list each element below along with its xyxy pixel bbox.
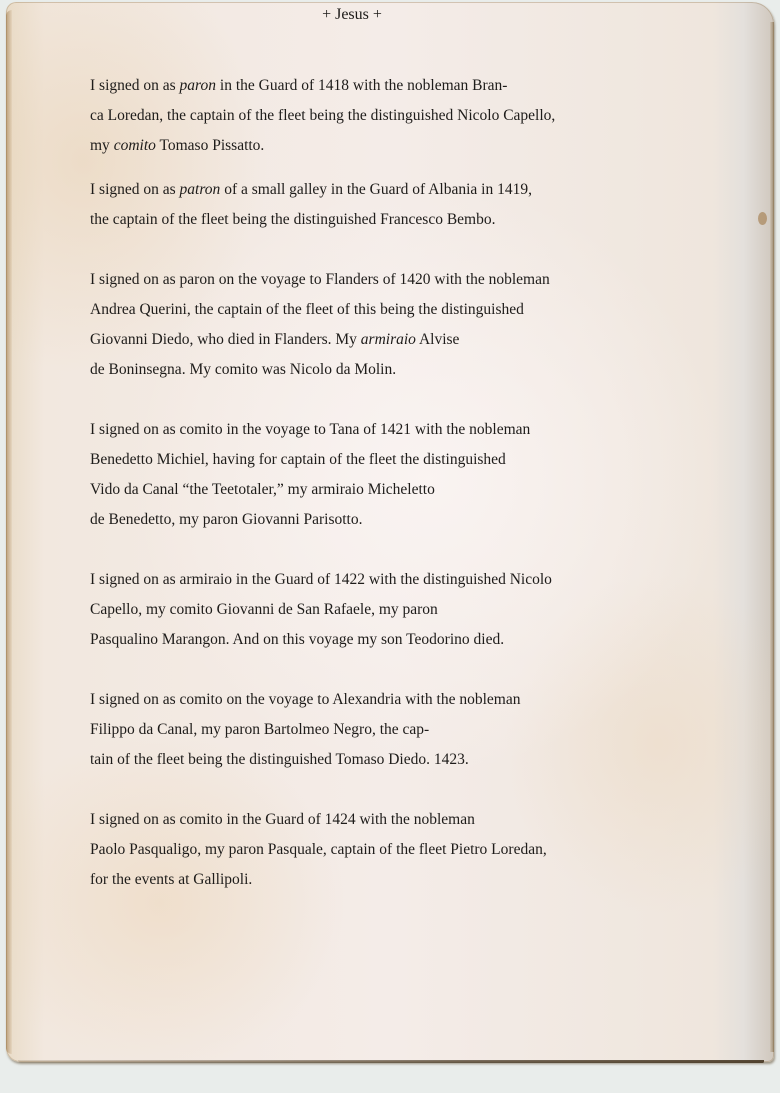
paragraph-gap	[90, 535, 650, 565]
page-body: I signed on as paron in the Guard of 141…	[90, 71, 650, 895]
page-heading: + Jesus +	[6, 6, 698, 24]
text-run: tain of the fleet being the distinguishe…	[90, 751, 469, 768]
text-run: for the events at Gallipoli.	[90, 871, 252, 888]
italic-term: armiraio	[361, 331, 416, 348]
text-run: I signed on as paron on the voyage to Fl…	[90, 271, 550, 288]
text-line: Paolo Pasqualigo, my paron Pasquale, cap…	[90, 835, 650, 865]
voyage-entry: I signed on as comito on the voyage to A…	[90, 685, 650, 775]
text-run: de Benedetto, my paron Giovanni Parisott…	[90, 511, 363, 528]
page-bottom-edge	[18, 1060, 764, 1063]
text-run: Capello, my comito Giovanni de San Rafae…	[90, 601, 438, 618]
text-run: I signed on as armiraio in the Guard of …	[90, 571, 552, 588]
text-line: Benedetto Michiel, having for captain of…	[90, 445, 650, 475]
paragraph-gap	[90, 655, 650, 685]
text-line: Vido da Canal “the Teetotaler,” my armir…	[90, 475, 650, 505]
text-run: the captain of the fleet being the disti…	[90, 211, 495, 228]
text-run: I signed on as comito on the voyage to A…	[90, 691, 520, 708]
text-line: I signed on as comito in the Guard of 14…	[90, 805, 650, 835]
text-line: tain of the fleet being the distinguishe…	[90, 745, 650, 775]
text-run: in the Guard of 1418 with the nobleman B…	[216, 77, 507, 94]
text-line: Capello, my comito Giovanni de San Rafae…	[90, 595, 650, 625]
voyage-entry: I signed on as comito in the Guard of 14…	[90, 805, 650, 895]
text-run: I signed on as	[90, 77, 180, 94]
text-line: Pasqualino Marangon. And on this voyage …	[90, 625, 650, 655]
voyage-entry: I signed on as patron of a small galley …	[90, 175, 650, 235]
paragraph-gap	[90, 775, 650, 805]
text-line: de Benedetto, my paron Giovanni Parisott…	[90, 505, 650, 535]
text-run: I signed on as	[90, 181, 180, 198]
text-run: Giovanni Diedo, who died in Flanders. My	[90, 331, 361, 348]
text-run: Paolo Pasqualigo, my paron Pasquale, cap…	[90, 841, 547, 858]
text-line: the captain of the fleet being the disti…	[90, 205, 650, 235]
italic-term: paron	[180, 77, 216, 94]
text-line: I signed on as paron in the Guard of 141…	[90, 71, 650, 101]
text-line: I signed on as paron on the voyage to Fl…	[90, 265, 650, 295]
text-line: I signed on as armiraio in the Guard of …	[90, 565, 650, 595]
paragraph-gap	[90, 235, 650, 265]
text-line: Filippo da Canal, my paron Bartolmeo Neg…	[90, 715, 650, 745]
ink-stain	[758, 212, 767, 225]
voyage-entry: I signed on as comito in the voyage to T…	[90, 415, 650, 535]
text-run: Vido da Canal “the Teetotaler,” my armir…	[90, 481, 435, 498]
text-line: I signed on as patron of a small galley …	[90, 175, 650, 205]
italic-term: comito	[114, 137, 156, 154]
manuscript-page: + Jesus + I signed on as paron in the Gu…	[6, 2, 774, 1062]
text-line: Giovanni Diedo, who died in Flanders. My…	[90, 325, 650, 355]
text-line: my comito Tomaso Pissatto.	[90, 131, 650, 161]
text-run: Andrea Querini, the captain of the fleet…	[90, 301, 524, 318]
italic-term: patron	[180, 181, 221, 198]
text-run: Alvise	[416, 331, 460, 348]
paragraph-gap	[90, 385, 650, 415]
text-run: my	[90, 137, 114, 154]
text-line: for the events at Gallipoli.	[90, 865, 650, 895]
text-run: I signed on as comito in the voyage to T…	[90, 421, 530, 438]
text-run: Tomaso Pissatto.	[156, 137, 264, 154]
text-run: ca Loredan, the captain of the fleet bei…	[90, 107, 555, 124]
text-run: of a small galley in the Guard of Albani…	[220, 181, 532, 198]
text-line: de Boninsegna. My comito was Nicolo da M…	[90, 355, 650, 385]
text-run: Pasqualino Marangon. And on this voyage …	[90, 631, 504, 648]
voyage-entry: I signed on as armiraio in the Guard of …	[90, 565, 650, 655]
text-line: I signed on as comito on the voyage to A…	[90, 685, 650, 715]
text-line: Andrea Querini, the captain of the fleet…	[90, 295, 650, 325]
text-run: Benedetto Michiel, having for captain of…	[90, 451, 506, 468]
text-run: Filippo da Canal, my paron Bartolmeo Neg…	[90, 721, 429, 738]
text-line: ca Loredan, the captain of the fleet bei…	[90, 101, 650, 131]
text-line: I signed on as comito in the voyage to T…	[90, 415, 650, 445]
text-run: I signed on as comito in the Guard of 14…	[90, 811, 475, 828]
text-run: de Boninsegna. My comito was Nicolo da M…	[90, 361, 396, 378]
paragraph-gap	[90, 161, 650, 175]
voyage-entry: I signed on as paron on the voyage to Fl…	[90, 265, 650, 385]
voyage-entry: I signed on as paron in the Guard of 141…	[90, 71, 650, 161]
